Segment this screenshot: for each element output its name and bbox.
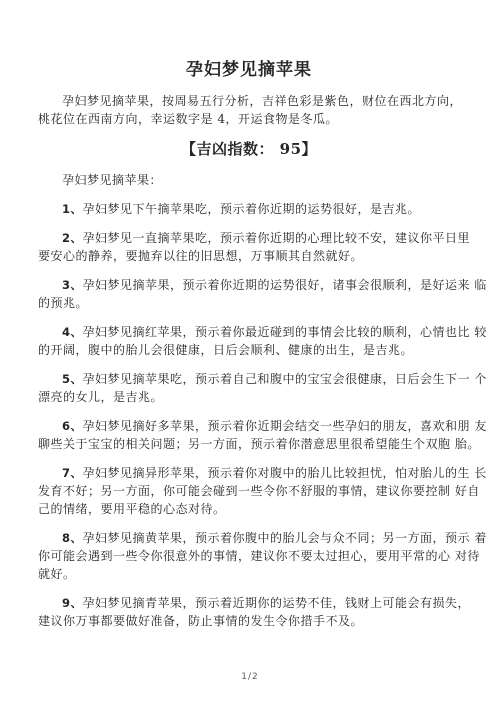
list-lead-in: 孕妇梦见摘苹果：: [38, 171, 460, 189]
dream-item-number: 7、: [62, 466, 83, 480]
dream-item-number: 3、: [62, 278, 83, 292]
page-number: 1/2: [0, 672, 500, 682]
document-title: 孕妇梦见摘苹果: [38, 58, 460, 82]
dream-item: 3、孕妇梦见摘苹果，预示着你近期的运势很好，诸事会很顺利，是好运来 临 的预兆。: [38, 276, 460, 312]
dream-item-number: 6、: [62, 419, 83, 433]
dream-item: 4、孕妇梦见摘红苹果，预示着你最近碰到的事情会比较的顺利，心情也比 较 的开阔，…: [38, 323, 460, 359]
dream-item: 2、孕妇梦见一直摘苹果吃，预示着你近期的心理比较不安，建议你平日里 要安心的静养…: [38, 229, 460, 265]
luck-index-heading: 【吉凶指数： 95】: [38, 139, 460, 159]
dream-item-number: 8、: [62, 531, 83, 545]
dream-item: 1、孕妇梦见下午摘苹果吃，预示着你近期的运势很好，是吉兆。: [38, 200, 460, 218]
dream-item: 7、孕妇梦见摘异形苹果，预示着你对腹中的胎儿比较担忧，怕对胎儿的生 长 发育不好…: [38, 464, 460, 518]
dream-item: 8、孕妇梦见摘黄苹果，预示着你腹中的胎儿会与众不同；另一方面，预示 着 你可能会…: [38, 529, 460, 583]
dream-item-number: 4、: [62, 325, 83, 339]
dream-item-number: 5、: [62, 372, 83, 386]
intro-paragraph: 孕妇梦见摘苹果，按周易五行分析，吉祥色彩是紫色，财位在西北方向， 桃花位在西南方…: [38, 92, 460, 128]
dream-item: 6、孕妇梦见摘好多苹果，预示着你近期会结交一些孕妇的朋友，喜欢和朋 友 聊些关于…: [38, 417, 460, 453]
dream-items-list: 1、孕妇梦见下午摘苹果吃，预示着你近期的运势很好，是吉兆。2、孕妇梦见一直摘苹果…: [38, 200, 460, 630]
dream-item-number: 9、: [62, 596, 83, 610]
document-page: 孕妇梦见摘苹果 孕妇梦见摘苹果，按周易五行分析，吉祥色彩是紫色，财位在西北方向，…: [0, 0, 500, 708]
dream-item: 5、孕妇梦见摘苹果吃，预示着自己和腹中的宝宝会很健康，日后会生下一 个 漂亮的女…: [38, 370, 460, 406]
dream-item-number: 2、: [62, 231, 83, 245]
dream-item: 9、孕妇梦见摘青苹果，预示着近期你的运势不佳，钱财上可能会有损失， 建议你万事都…: [38, 594, 460, 630]
dream-item-number: 1、: [62, 202, 83, 216]
